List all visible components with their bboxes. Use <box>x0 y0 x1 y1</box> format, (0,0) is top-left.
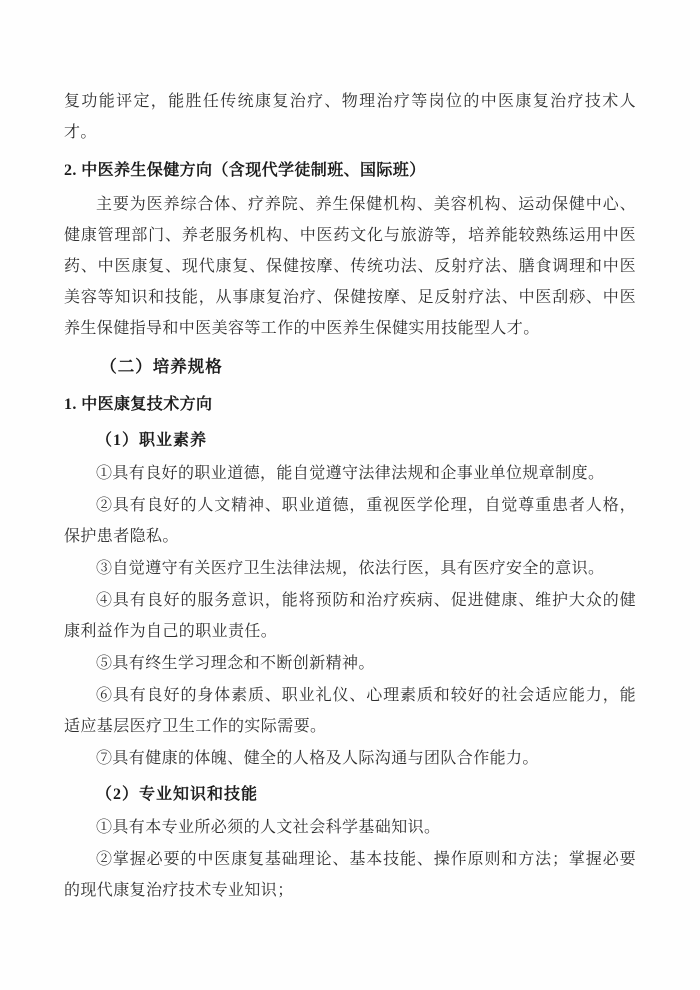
heading-sub-knowledge-skills: （2）专业知识和技能 <box>64 779 636 810</box>
list-item-7: ⑦具有健康的体魄、健全的人格及人际沟通与团队合作能力。 <box>64 743 636 774</box>
heading-direction-1: 1. 中医康复技术方向 <box>64 389 636 420</box>
list-item-1: ①具有良好的职业道德，能自觉遵守法律法规和企事业单位规章制度。 <box>64 458 636 489</box>
list-item-3: ③自觉遵守有关医疗卫生法律法规，依法行医，具有医疗安全的意识。 <box>64 553 636 584</box>
list-item-2: ②具有良好的人文精神、职业道德，重视医学伦理，自觉尊重患者人格，保护患者隐私。 <box>64 490 636 552</box>
paragraph-continuation: 复功能评定，能胜任传统康复治疗、物理治疗等岗位的中医康复治疗技术人才。 <box>64 86 636 148</box>
list-item-k1: ①具有本专业所必须的人文社会科学基础知识。 <box>64 812 636 843</box>
list-item-k2: ②掌握必要的中医康复基础理论、基本技能、操作原则和方法；掌握必要的现代康复治疗技… <box>64 844 636 906</box>
heading-direction-2: 2. 中医养生保健方向（含现代学徒制班、国际班） <box>64 155 636 186</box>
list-item-5: ⑤具有终生学习理念和不断创新精神。 <box>64 648 636 679</box>
list-item-4: ④具有良好的服务意识，能将预防和治疗疾病、促进健康、维护大众的健康利益作为自己的… <box>64 585 636 647</box>
list-item-6: ⑥具有良好的身体素质、职业礼仪、心理素质和较好的社会适应能力，能适应基层医疗卫生… <box>64 680 636 742</box>
heading-section-training-specs: （二）培养规格 <box>64 351 636 382</box>
paragraph: 主要为医养综合体、疗养院、养生保健机构、美容机构、运动保健中心、健康管理部门、养… <box>64 189 636 344</box>
heading-sub-professional-quality: （1）职业素养 <box>64 425 636 456</box>
document-page: 复功能评定，能胜任传统康复治疗、物理治疗等岗位的中医康复治疗技术人才。 2. 中… <box>0 0 700 990</box>
